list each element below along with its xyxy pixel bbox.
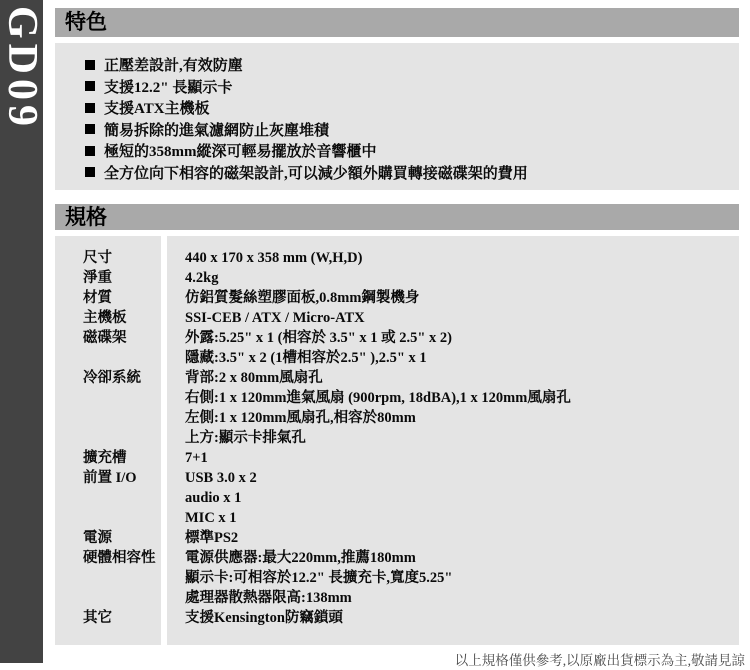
spec-values: 4.2kg xyxy=(167,268,739,288)
bullet-square-icon xyxy=(85,124,95,134)
feature-text: 全方位向下相容的磁架設計,可以減少額外購買轉接磁碟架的費用 xyxy=(104,162,528,183)
spec-values: 外露:5.25" x 1 (相容於 3.5" x 1 或 2.5" x 2) 隱… xyxy=(167,328,739,368)
spec-value: 右側:1 x 120mm進氣風扇 (900rpm, 18dBA),1 x 120… xyxy=(185,388,739,408)
model-name: GD09 xyxy=(0,6,43,236)
feature-item: 支援ATX主機板 xyxy=(85,97,739,119)
spec-row-motherboard: 主機板 SSI-CEB / ATX / Micro-ATX xyxy=(55,308,739,328)
specs-section-header: 規格 xyxy=(55,204,739,230)
spec-value: 電源供應器:最大220mm,推薦180mm xyxy=(185,548,739,568)
spec-label: 前置 I/O xyxy=(55,468,167,488)
spec-values: 7+1 xyxy=(167,448,739,468)
spec-row-dimensions: 尺寸 440 x 170 x 358 mm (W,H,D) xyxy=(55,248,739,268)
spec-row-psu: 電源 標準PS2 xyxy=(55,528,739,548)
spec-value: 標準PS2 xyxy=(185,528,739,548)
spec-value: USB 3.0 x 2 xyxy=(185,468,739,488)
disclaimer-text: 以上規格僅供參考,以原廠出貨標示為主,敬請見諒 xyxy=(455,649,745,669)
feature-item: 簡易拆除的進氣濾網防止灰塵堆積 xyxy=(85,119,739,141)
bullet-square-icon xyxy=(85,103,95,113)
spec-label: 擴充槽 xyxy=(55,448,167,468)
spec-label: 尺寸 xyxy=(55,248,167,268)
spec-value: 4.2kg xyxy=(185,268,739,288)
spec-values: 仿鋁質髮絲塑膠面板,0.8mm鋼製機身 xyxy=(167,288,739,308)
spec-value: SSI-CEB / ATX / Micro-ATX xyxy=(185,308,739,328)
spec-value: 左側:1 x 120mm風扇孔,相容於80mm xyxy=(185,408,739,428)
feature-item: 正壓差設計,有效防塵 xyxy=(85,54,739,76)
spec-row-expansion-slots: 擴充槽 7+1 xyxy=(55,448,739,468)
spec-value: 支援Kensington防竊鎖頭 xyxy=(185,608,739,628)
spec-values: USB 3.0 x 2 audio x 1 MIC x 1 xyxy=(167,468,739,528)
spec-values: 背部:2 x 80mm風扇孔 右側:1 x 120mm進氣風扇 (900rpm,… xyxy=(167,368,739,448)
spec-value: audio x 1 xyxy=(185,488,739,508)
spec-values: 440 x 170 x 358 mm (W,H,D) xyxy=(167,248,739,268)
spec-value: 7+1 xyxy=(185,448,739,468)
feature-item: 極短的358mm縱深可輕易擺放於音響櫃中 xyxy=(85,140,739,162)
spec-value: 仿鋁質髮絲塑膠面板,0.8mm鋼製機身 xyxy=(185,288,739,308)
bullet-square-icon xyxy=(85,167,95,177)
features-section-header: 特色 xyxy=(55,8,739,37)
spec-values: 標準PS2 xyxy=(167,528,739,548)
spec-label: 冷卻系統 xyxy=(55,368,167,388)
spec-row-weight: 淨重 4.2kg xyxy=(55,268,739,288)
spec-values: SSI-CEB / ATX / Micro-ATX xyxy=(167,308,739,328)
spec-row-drive-bays: 磁碟架 外露:5.25" x 1 (相容於 3.5" x 1 或 2.5" x … xyxy=(55,328,739,368)
feature-text: 支援ATX主機板 xyxy=(104,97,210,118)
spec-value: 440 x 170 x 358 mm (W,H,D) xyxy=(185,248,739,268)
feature-item: 支援12.2" 長顯示卡 xyxy=(85,76,739,98)
spec-values: 電源供應器:最大220mm,推薦180mm 顯示卡:可相容於12.2" 長擴充卡… xyxy=(167,548,739,608)
spec-value: 上方:顯示卡排氣孔 xyxy=(185,428,739,448)
bullet-square-icon xyxy=(85,81,95,91)
spec-label: 淨重 xyxy=(55,268,167,288)
spec-value: 處理器散熱器限高:138mm xyxy=(185,588,739,608)
spec-sheet-page: GD09 特色 正壓差設計,有效防塵 支援12.2" 長顯示卡 支援ATX主機板… xyxy=(0,0,750,670)
spec-value: MIC x 1 xyxy=(185,508,739,528)
specs-title: 規格 xyxy=(65,205,107,229)
spec-value: 外露:5.25" x 1 (相容於 3.5" x 1 或 2.5" x 2) xyxy=(185,328,739,348)
feature-text: 極短的358mm縱深可輕易擺放於音響櫃中 xyxy=(104,140,377,161)
spec-value: 背部:2 x 80mm風扇孔 xyxy=(185,368,739,388)
feature-text: 正壓差設計,有效防塵 xyxy=(104,54,243,75)
features-panel: 正壓差設計,有效防塵 支援12.2" 長顯示卡 支援ATX主機板 簡易拆除的進氣… xyxy=(55,43,739,190)
spec-row-material: 材質 仿鋁質髮絲塑膠面板,0.8mm鋼製機身 xyxy=(55,288,739,308)
specs-table: 尺寸 440 x 170 x 358 mm (W,H,D) 淨重 4.2kg 材… xyxy=(55,236,739,645)
spec-label: 主機板 xyxy=(55,308,167,328)
bullet-square-icon xyxy=(85,60,95,70)
spec-value: 顯示卡:可相容於12.2" 長擴充卡,寬度5.25" xyxy=(185,568,739,588)
spec-label: 磁碟架 xyxy=(55,328,167,348)
spec-label: 電源 xyxy=(55,528,167,548)
spec-row-other: 其它 支援Kensington防竊鎖頭 xyxy=(55,608,739,628)
feature-text: 支援12.2" 長顯示卡 xyxy=(104,76,232,97)
spec-label: 材質 xyxy=(55,288,167,308)
spec-label: 硬體相容性 xyxy=(55,548,167,568)
spec-row-hardware-compatibility: 硬體相容性 電源供應器:最大220mm,推薦180mm 顯示卡:可相容於12.2… xyxy=(55,548,739,608)
spec-row-front-io: 前置 I/O USB 3.0 x 2 audio x 1 MIC x 1 xyxy=(55,468,739,528)
features-title: 特色 xyxy=(65,10,107,34)
spec-row-cooling: 冷卻系統 背部:2 x 80mm風扇孔 右側:1 x 120mm進氣風扇 (90… xyxy=(55,368,739,448)
feature-text: 簡易拆除的進氣濾網防止灰塵堆積 xyxy=(104,119,329,140)
feature-item: 全方位向下相容的磁架設計,可以減少額外購買轉接磁碟架的費用 xyxy=(85,162,739,184)
bullet-square-icon xyxy=(85,146,95,156)
spec-label: 其它 xyxy=(55,608,167,628)
spec-value: 隱藏:3.5" x 2 (1槽相容於2.5" ),2.5" x 1 xyxy=(185,348,739,368)
spec-values: 支援Kensington防竊鎖頭 xyxy=(167,608,739,628)
